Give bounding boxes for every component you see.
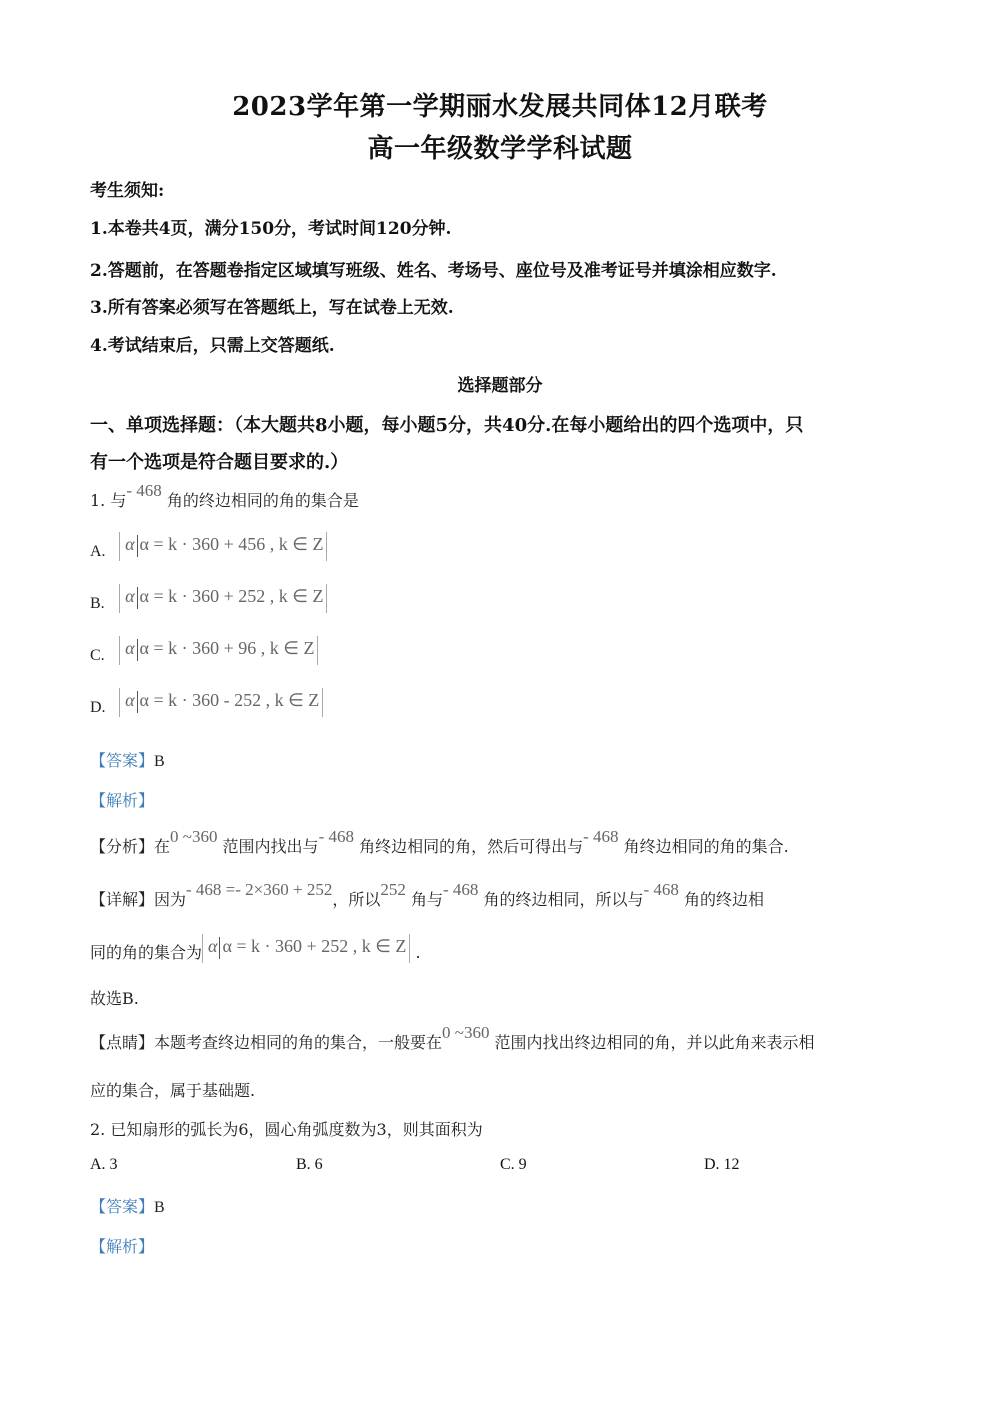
section-title: 选择题部分 — [0, 371, 1000, 396]
notice-item-3: 3.所有答案必须写在答题纸上，写在试卷上无效. — [90, 293, 454, 318]
notice-heading: 考生须知: — [90, 176, 164, 201]
q2-option-d: D. 12 — [704, 1156, 740, 1174]
q2-option-a: A. 3 — [90, 1156, 118, 1174]
exam-title-line2: 高一年级数学学科试题 — [0, 128, 1000, 165]
exam-title-line1: 2023学年第一学期丽水发展共同体12月联考 — [0, 86, 1000, 123]
set-expression: αα = k · 360 + 252 , k ∈ Z — [202, 934, 410, 963]
q1-option-b: B. αα = k · 360 + 252 , k ∈ Z — [90, 590, 327, 619]
notice-item-2: 2.答题前，在答题卷指定区域填写班级、姓名、考场号、座位号及准考证号并填涂相应数… — [90, 256, 777, 281]
q1-option-a: A. αα = k · 360 + 456 , k ∈ Z — [90, 538, 327, 567]
option-label: C. — [90, 647, 114, 665]
answer-value: B — [154, 1199, 165, 1216]
set-expression: αα = k · 360 + 252 , k ∈ Z — [119, 584, 327, 613]
option-label: B. — [90, 595, 114, 613]
q1-suffix: 角的终边相同的角的集合是 — [162, 491, 359, 510]
q1-conclusion: 故选B. — [90, 986, 139, 1009]
q1-xiangjie-line2: 同的角的集合为αα = k · 360 + 252 , k ∈ Z . — [90, 940, 421, 969]
q2-option-c: C. 9 — [500, 1156, 527, 1174]
q1-option-c: C. αα = k · 360 + 96 , k ∈ Z — [90, 642, 318, 671]
q1-analysis-tag: 【解析】 — [90, 788, 154, 811]
set-expression: αα = k · 360 + 96 , k ∈ Z — [119, 636, 318, 665]
set-expression: αα = k · 360 - 252 , k ∈ Z — [119, 688, 323, 717]
q2-stem: 2. 已知扇形的弧长为6，圆心角弧度数为3，则其面积为 — [90, 1117, 483, 1140]
notice-item-1: 1.本卷共4页，满分150分，考试时间120分钟. — [90, 214, 451, 239]
set-expression: αα = k · 360 + 456 , k ∈ Z — [119, 532, 327, 561]
q1-xiangjie-line1: 【详解】因为- 468 =- 2×360 + 252，所以252 角与- 468… — [90, 887, 764, 910]
q2-answer: 【答案】B — [90, 1194, 165, 1217]
option-label: A. — [90, 543, 114, 561]
q1-stem: 1. 与- 468 角的终边相同的角的集合是 — [90, 488, 359, 511]
option-label: D. — [90, 699, 114, 717]
q1-angle: - 468 — [126, 481, 161, 500]
answer-tag: 【答案】 — [90, 751, 154, 770]
q1-option-d: D. αα = k · 360 - 252 , k ∈ Z — [90, 694, 323, 723]
notice-item-4: 4.考试结束后，只需上交答题纸. — [90, 331, 335, 356]
q2-option-b: B. 6 — [296, 1156, 323, 1174]
q1-dianjing-line1: 【点睛】本题考查终边相同的角的集合，一般要在0 ~360 范围内找出终边相同的角… — [90, 1030, 815, 1053]
part-instruction-line1: 一、单项选择题：（本大题共8小题，每小题5分，共40分.在每小题给出的四个选项中… — [90, 411, 803, 437]
q1-fenxi: 【分析】在0 ~360 范围内找出与- 468 角终边相同的角，然后可得出与- … — [90, 834, 789, 857]
q1-prefix: 1. 与 — [90, 491, 126, 510]
q1-dianjing-line2: 应的集合，属于基础题. — [90, 1078, 255, 1101]
part-instruction-line2: 有一个选项是符合题目要求的.） — [90, 448, 348, 474]
q2-analysis-tag: 【解析】 — [90, 1234, 154, 1257]
q1-answer: 【答案】B — [90, 748, 165, 771]
answer-tag: 【答案】 — [90, 1197, 154, 1216]
answer-value: B — [154, 753, 165, 770]
